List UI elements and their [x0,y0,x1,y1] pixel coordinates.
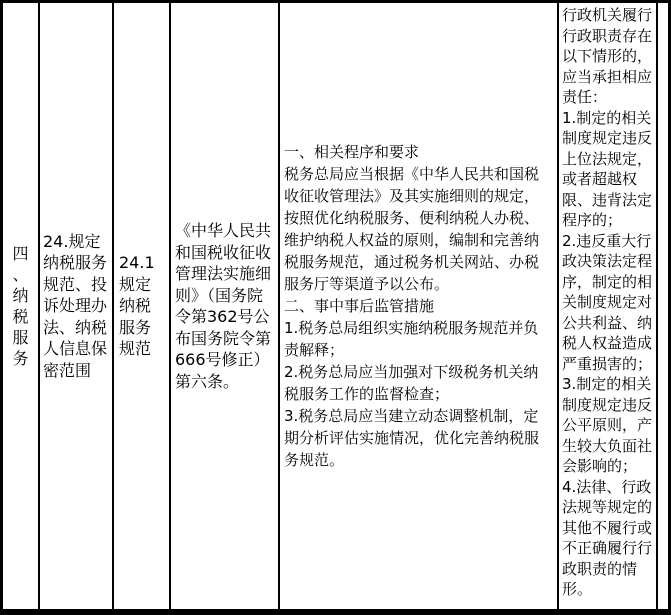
category-text: 四、纳税服务 [12,243,30,369]
sub-item-text: 24.1规定纳税服务规范 [114,252,169,360]
category-cell: 四、纳税服务 [3,3,40,609]
empty-sliver-cell [658,3,668,609]
procedures-cell: 一、相关程序和要求 税务总局应当根据《中华人民共和国税收征收管理法》及其实施细则… [280,3,559,609]
legal-basis-text: 《中华人民共和国税收征收管理法实施细则》（国务院令第362号公布国务院令第666… [171,220,278,392]
regulation-table: 四、纳税服务 24.规定纳税服务规范、投诉处理办法、纳税人信息保密范围 24.1… [0,0,671,615]
accountability-text: 行政机关履行行政职责存在以下情形的，应当承担相应责任： 1.制定的相关制度规定违… [559,3,656,600]
accountability-cell: 行政机关履行行政职责存在以下情形的，应当承担相应责任： 1.制定的相关制度规定违… [559,3,658,609]
legal-basis-cell: 《中华人民共和国税收征收管理法实施细则》（国务院令第362号公布国务院令第666… [171,3,280,609]
procedures-text: 一、相关程序和要求 税务总局应当根据《中华人民共和国税收征收管理法》及其实施细则… [280,141,557,471]
sub-item-cell: 24.1规定纳税服务规范 [114,3,171,609]
item-cell: 24.规定纳税服务规范、投诉处理办法、纳税人信息保密范围 [40,3,114,609]
item-text: 24.规定纳税服务规范、投诉处理办法、纳税人信息保密范围 [40,231,112,382]
